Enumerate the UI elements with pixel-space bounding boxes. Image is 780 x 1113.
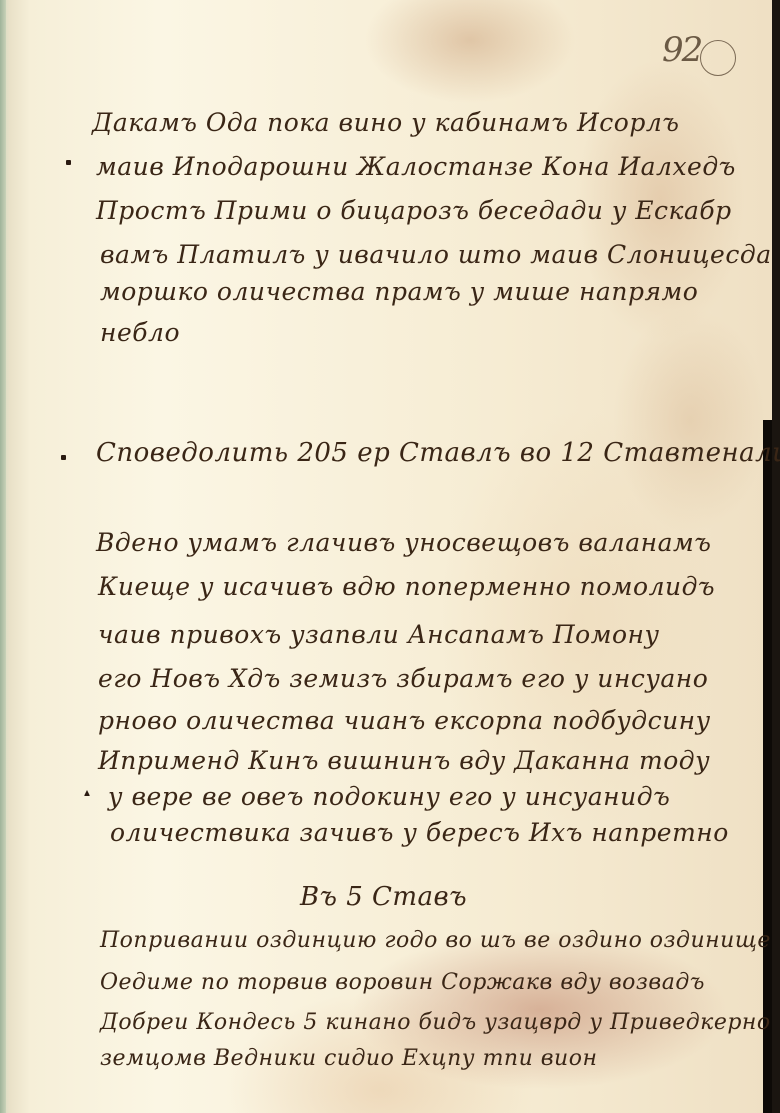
text-line: земцомв Ведники сидио Ехцпу тпи вион bbox=[100, 1046, 597, 1071]
text-line: Добреи Кондесь 5 кинано бидъ узацврд у П… bbox=[100, 1010, 771, 1035]
text-line: Оедиме по торвив воровин Соржакв вду воз… bbox=[100, 970, 705, 995]
text-line: рново оличества чианъ ексорпа подбудсину bbox=[98, 706, 711, 735]
text-line: оличествика зачивъ у бересъ Ихъ напретно bbox=[110, 818, 729, 847]
margin-dot bbox=[66, 160, 71, 165]
folio-circle-mark bbox=[700, 40, 736, 76]
manuscript-page: 92 Дакамъ Ода пока вино у кабинамъ Исорл… bbox=[0, 0, 772, 1113]
text-line: Дакамъ Ода пока вино у кабинамъ Исорлъ bbox=[92, 108, 679, 137]
text-line: небло bbox=[100, 318, 180, 347]
text-line: Иприменд Кинъ вишнинъ вду Даканна тоду bbox=[98, 746, 710, 775]
section-heading: Въ 5 Ставъ bbox=[300, 882, 467, 912]
left-page-edge bbox=[0, 0, 6, 1113]
text-line: его Новъ Хдъ земизъ збирамъ его у инсуан… bbox=[98, 664, 708, 693]
section-heading: Споведолить 205 ер Ставлъ во 12 Ставтена… bbox=[96, 438, 780, 468]
margin-triangle-mark bbox=[84, 790, 90, 796]
text-line: вамъ Платилъ у ивачило што маив Слоницес… bbox=[100, 240, 772, 269]
text-line: Киеще у исачивъ вдю поперменно помолидъ bbox=[98, 572, 715, 601]
text-line: Вдено умамъ глачивъ уносвещовъ валанамъ bbox=[96, 528, 711, 557]
text-line: Попривании оздинцию годо во шъ ве оздино… bbox=[100, 928, 771, 953]
text-line: маив Иподарошни Жалостанзе Кона Иалхедъ bbox=[96, 152, 736, 181]
margin-dot bbox=[61, 455, 66, 460]
text-line: моршко оличества прамъ у мише напрямо bbox=[100, 277, 698, 306]
text-line: Простъ Прими о бицарозъ беседади у Ескаб… bbox=[96, 196, 732, 225]
folio-number: 92 bbox=[662, 30, 701, 70]
text-line: чаив привохъ узапвли Ансапамъ Помону bbox=[98, 620, 659, 649]
text-line: у вере ве овеъ подокину его у инсуанидъ bbox=[108, 782, 670, 811]
